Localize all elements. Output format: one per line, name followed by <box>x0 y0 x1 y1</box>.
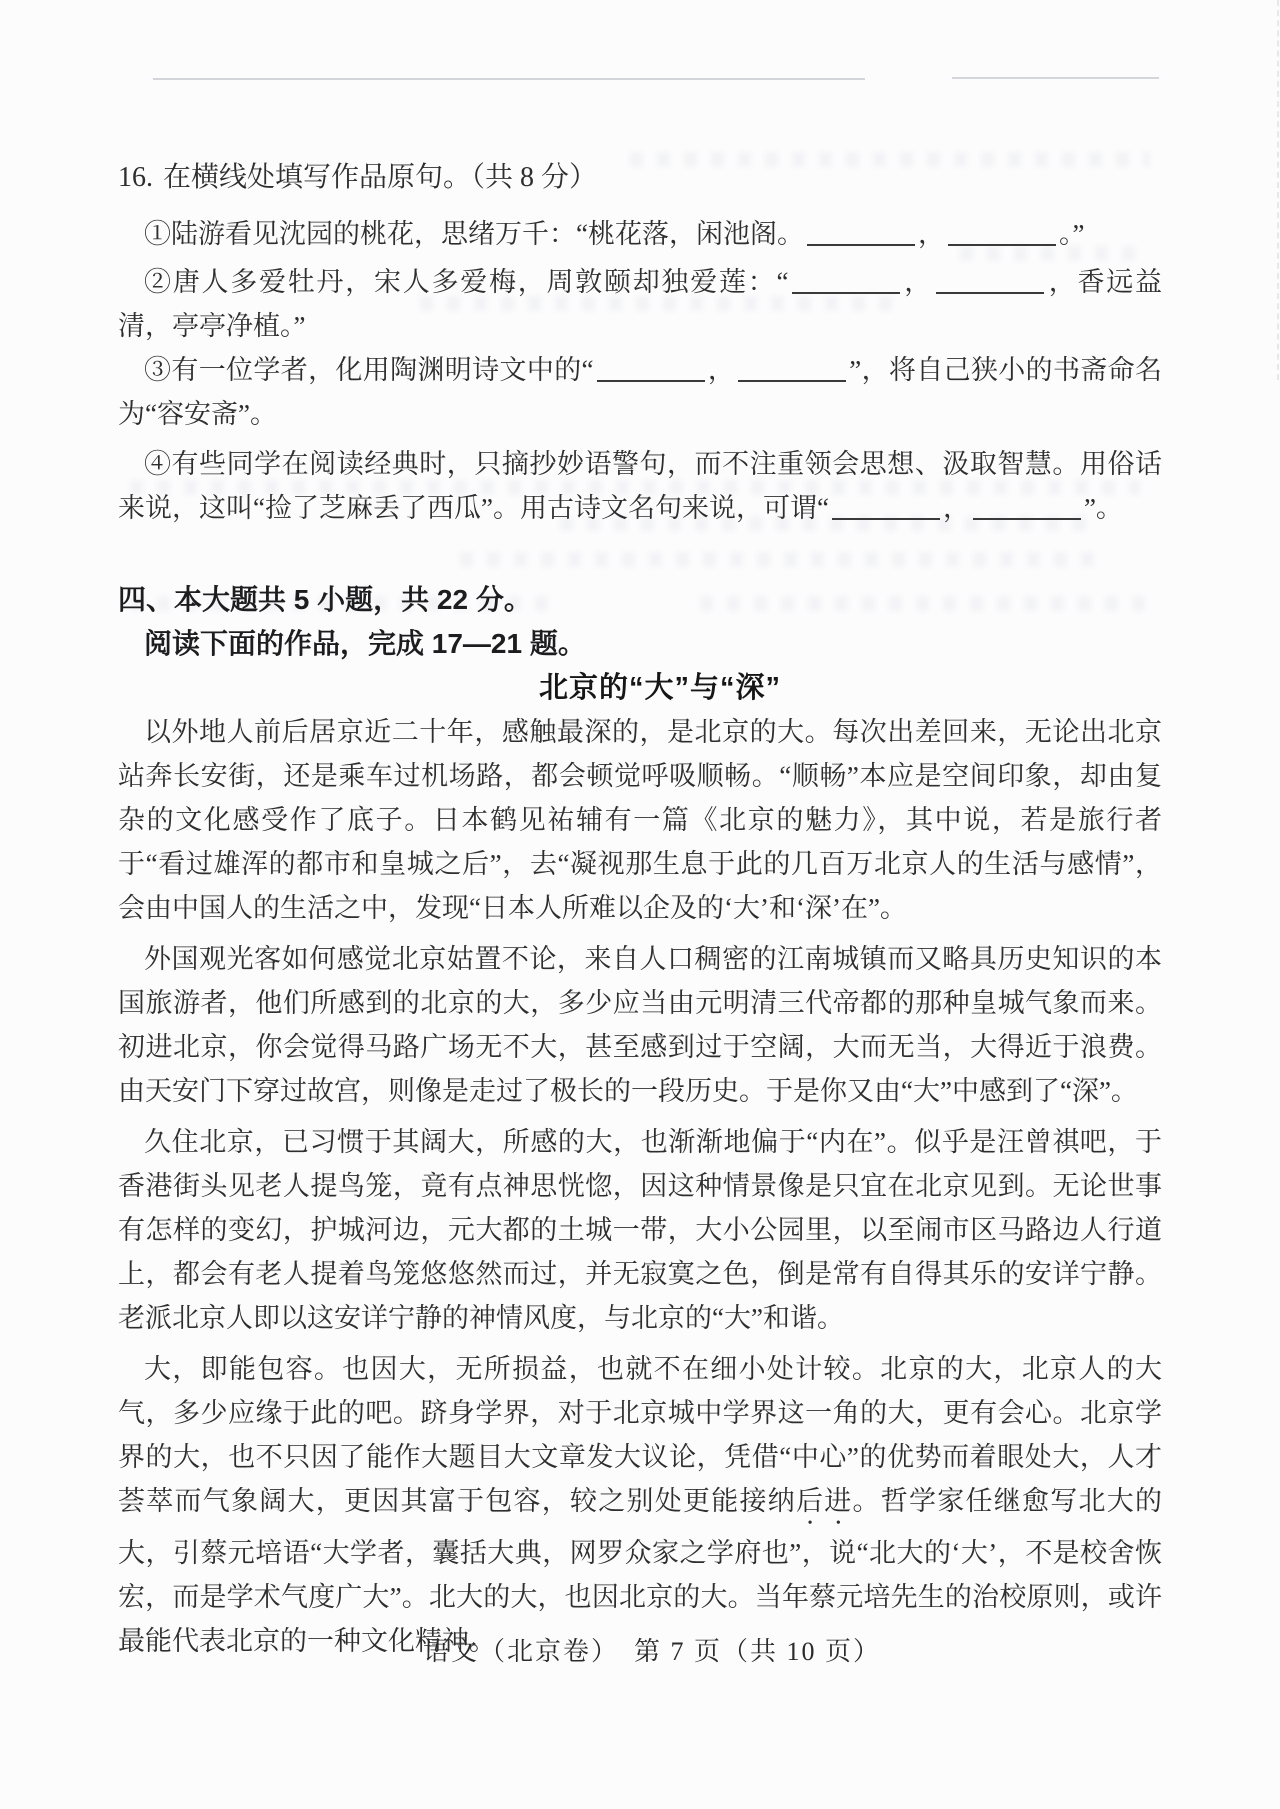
blank-underline <box>948 242 1056 246</box>
blank-underline <box>807 242 915 246</box>
question-16: 16.在横线处填写作品原句。（共 8 分） ①陆游看见沈园的桃花，思绪万千：“桃… <box>118 156 1162 530</box>
page-content: 16.在横线处填写作品原句。（共 8 分） ①陆游看见沈园的桃花，思绪万千：“桃… <box>118 0 1162 1663</box>
blank-underline <box>738 378 846 382</box>
question-item: ③有一位学者，化用陶渊明诗文中的“，”，将自己狭小的书斋命名为“容安斋”。 <box>118 348 1162 436</box>
essay-title: 北京的“大”与“深” <box>118 666 1162 710</box>
section-4-header: 四、本大题共 5 小题，共 22 分。 <box>118 578 1162 622</box>
question-number: 16. <box>118 162 153 193</box>
text-run: ③有一位学者，化用陶渊明诗文中的“ <box>144 355 594 385</box>
text-run: ①陆游看见沈园的桃花，思绪万千：“桃花落，闲池阁。 <box>144 219 804 249</box>
text-run: ④有些同学在阅读经典时，只摘抄妙语警句，而不注重领会思想、汲取智慧。用俗话来说，… <box>118 449 1162 523</box>
question-item: ①陆游看见沈园的桃花，思绪万千：“桃花落，闲池阁。，。” <box>118 212 1162 256</box>
text-run: ， <box>943 493 970 523</box>
question-16-stem: 16.在横线处填写作品原句。（共 8 分） <box>118 156 1162 200</box>
scanned-exam-page: 16.在横线处填写作品原句。（共 8 分） ①陆游看见沈园的桃花，思绪万千：“桃… <box>0 0 1280 1809</box>
text-run: ， <box>708 355 736 385</box>
emphasized-text: 后进 <box>796 1486 853 1516</box>
text-run: 外国观光客如何感觉北京姑置不论，来自人口稠密的江南城镇而又略具历史知识的本国旅游… <box>118 944 1162 1106</box>
essay-body: 以外地人前后居京近二十年，感触最深的，是北京的大。每次出差回来，无论出北京站奔长… <box>118 710 1162 1663</box>
reading-instruction: 阅读下面的作品，完成 17—21 题。 <box>118 622 1162 666</box>
text-run: ， <box>903 267 934 297</box>
text-run: ”。 <box>1084 493 1123 523</box>
blank-underline <box>832 516 940 520</box>
essay-paragraph: 外国观光客如何感觉北京姑置不论，来自人口稠密的江南城镇而又略具历史知识的本国旅游… <box>118 937 1162 1113</box>
blank-underline <box>973 516 1081 520</box>
text-run: 。” <box>1059 219 1084 249</box>
essay-paragraph: 久住北京，已习惯于其阔大，所感的大，也渐渐地偏于“内在”。似乎是汪曾祺吧，于香港… <box>118 1120 1162 1340</box>
section-4: 四、本大题共 5 小题，共 22 分。 阅读下面的作品，完成 17—21 题。 … <box>118 578 1162 1663</box>
text-run: ， <box>918 219 945 249</box>
question-item: ②唐人多爱牡丹，宋人多爱梅，周敦颐却独爱莲：“，，香远益清，亭亭净植。” <box>118 260 1162 348</box>
page-footer: 语文（北京卷） 第 7 页（共 10 页） <box>0 1632 1280 1672</box>
text-run: 以外地人前后居京近二十年，感触最深的，是北京的大。每次出差回来，无论出北京站奔长… <box>118 717 1162 923</box>
text-run: 久住北京，已习惯于其阔大，所感的大，也渐渐地偏于“内在”。似乎是汪曾祺吧，于香港… <box>118 1127 1162 1333</box>
question-stem-text: 在横线处填写作品原句。（共 8 分） <box>163 162 597 193</box>
question-item: ④有些同学在阅读经典时，只摘抄妙语警句，而不注重领会思想、汲取智慧。用俗话来说，… <box>118 442 1162 530</box>
scan-artifact-edge <box>1277 0 1279 380</box>
essay-paragraph: 以外地人前后居京近二十年，感触最深的，是北京的大。每次出差回来，无论出北京站奔长… <box>118 710 1162 930</box>
essay-paragraph: 大，即能包容。也因大，无所损益，也就不在细小处计较。北京的大，北京人的大气，多少… <box>118 1347 1162 1663</box>
text-run: ②唐人多爱牡丹，宋人多爱梅，周敦颐却独爱莲：“ <box>144 267 789 297</box>
blank-underline <box>597 378 705 382</box>
question-16-items: ①陆游看见沈园的桃花，思绪万千：“桃花落，闲池阁。，。”②唐人多爱牡丹，宋人多爱… <box>118 212 1162 530</box>
blank-underline <box>792 290 900 294</box>
blank-underline <box>936 290 1044 294</box>
